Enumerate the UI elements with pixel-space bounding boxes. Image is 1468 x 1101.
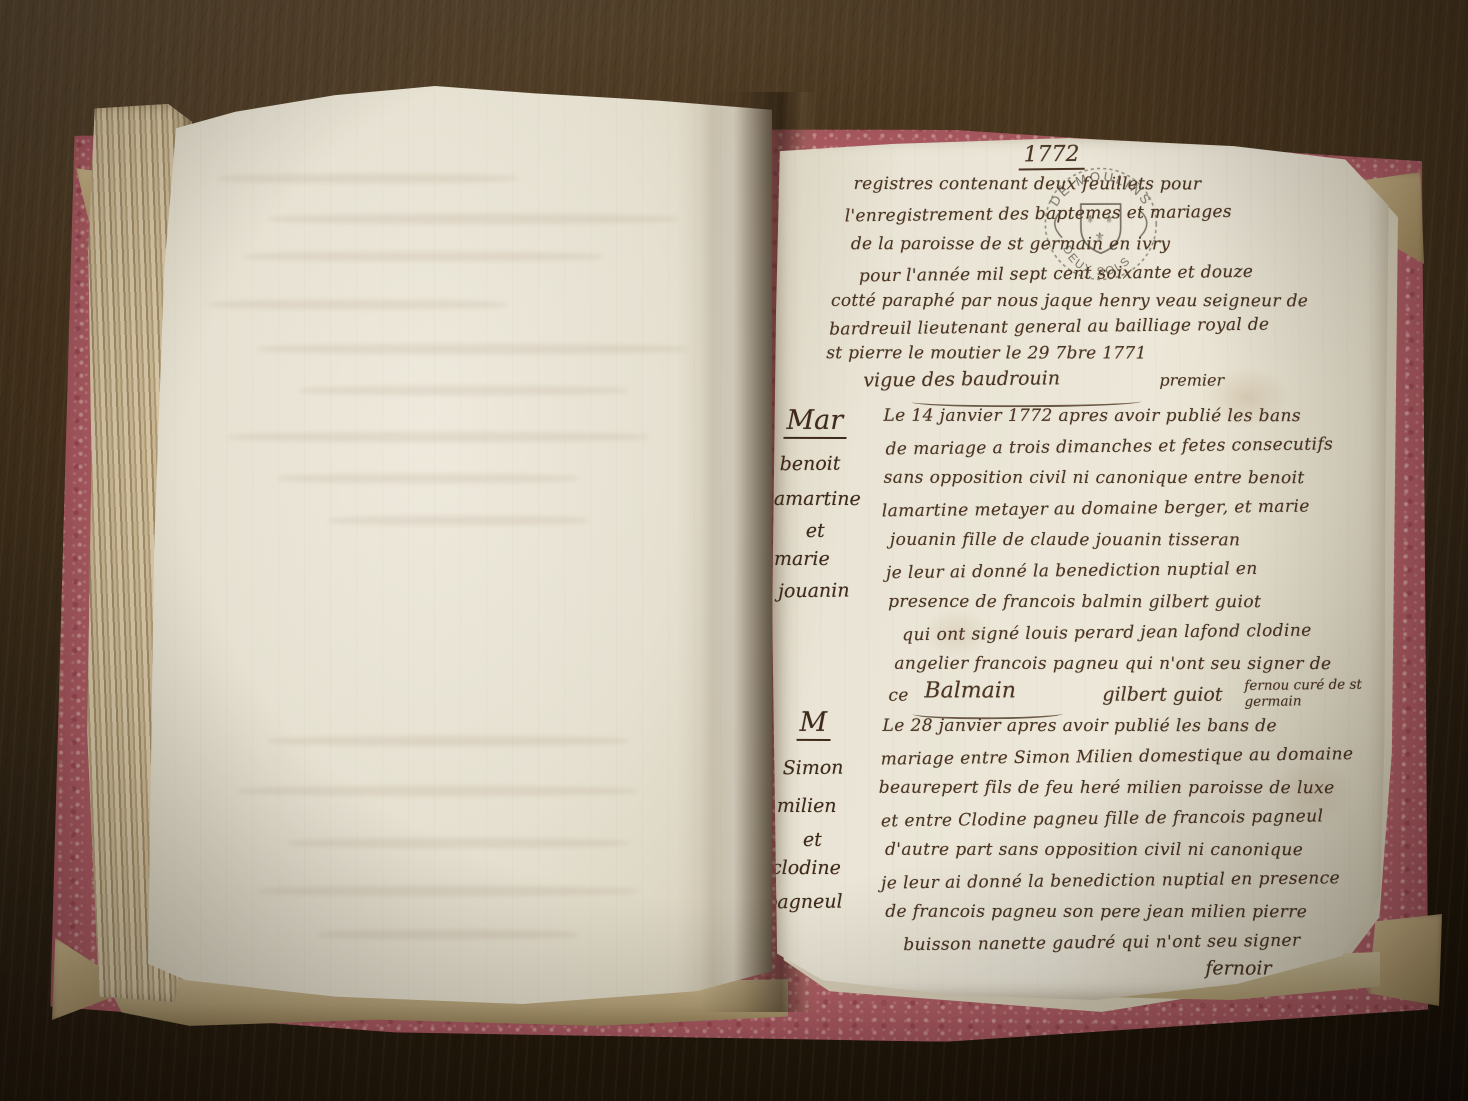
margin-note: benoit [780,453,841,476]
entry-line: de francois pagneu son pere jean milien … [885,902,1307,922]
photo-scene: DE MOULINS DEUX SOLS ⚜ ⚜ ⚜ 1772 registre… [0,0,1468,1101]
entry-line: Le 28 janvier apres avoir publié les ban… [883,716,1277,736]
margin-note: lamartine [768,488,861,510]
bleedthrough-smudge [278,474,578,483]
entry-line: beaurepert fils de feu heré milien paroi… [879,778,1335,798]
entry-line: buisson nanette gaudré qui n'ont seu sig… [903,931,1300,956]
bleedthrough-smudge [208,300,508,309]
header-line: bardreuil lieutenant general au bailliag… [829,315,1269,340]
margin-note: pagneul [765,891,843,914]
margin-note: et [806,520,825,542]
bleedthrough-smudge [258,886,638,896]
witness-signature: Balmain [924,678,1016,703]
header-line: pour l'année mil sept cent soixante et d… [859,262,1253,286]
entry-line: angelier francois pagneu qui n'ont seu s… [894,654,1331,674]
header-annotation: premier [1159,371,1224,390]
bleedthrough-smudge [268,736,628,746]
header-line: st pierre le moutier le 29 7bre 1771 [826,343,1146,363]
entry-line: ce [888,686,909,706]
entry-line: je leur ai donné la benediction nuptial … [886,559,1258,583]
margin-note: jouanin [778,580,850,603]
bleedthrough-smudge [238,786,638,796]
margin-note: milien [777,795,837,817]
header-line: cotté paraphé par nous jaque henry veau … [831,291,1308,311]
year-heading: 1772 [1018,142,1084,171]
entry-line: de mariage a trois dimanches et fetes co… [885,434,1333,459]
entry-line: qui ont signé louis perard jean lafond c… [902,621,1312,646]
entry-line: presence de francois balmin gilbert guio… [888,592,1261,612]
margin-note: Mar [783,405,846,439]
right-manuscript-page: DE MOULINS DEUX SOLS ⚜ ⚜ ⚜ 1772 registre… [770,137,1391,1001]
entry-line: mariage entre Simon Milien domestique au… [881,744,1354,769]
bleedthrough-smudge [258,344,688,354]
entry-line: lamartine metayer au domaine berger, et … [882,497,1310,522]
margin-note: clodine [771,857,841,879]
entry-line: et entre Clodine pagneu fille de francoi… [881,806,1324,831]
bleedthrough-smudge [318,930,578,939]
officiant-signature: fernou curé de st germain [1244,676,1384,710]
bleedthrough-smudge [228,432,648,442]
margin-note: marie [774,548,830,570]
bleedthrough-smudge [243,252,603,261]
witness-signature: gilbert guiot [1102,684,1222,706]
header-line: registres contenant deux feuillets pour [854,174,1202,194]
bleedthrough-smudge [288,838,628,848]
margin-note: et [803,829,822,851]
margin-note: Simon [783,757,844,780]
bleedthrough-smudge [328,516,588,525]
entry-line: je leur ai donné la benediction nuptial … [881,868,1340,893]
header-line: de la paroisse de st germain en ivry [851,234,1170,254]
entry-line: Le 14 janvier 1772 apres avoir publié le… [883,406,1301,426]
margin-note: M [797,707,831,741]
officiant-signature: fernoir [1205,957,1271,979]
entry-line: d'autre part sans opposition civil ni ca… [885,840,1303,860]
bleedthrough-smudge [268,214,678,224]
clerk-signature: vigue des baudrouin [863,367,1060,391]
header-line: l'enregistrement des baptemes et mariage… [845,202,1232,226]
entry-line: jouanin fille de claude jouanin tisseran [890,530,1240,550]
bleedthrough-smudge [298,386,628,395]
entry-line: sans opposition civil ni canonique entre… [884,468,1305,488]
left-blank-page [148,86,772,1004]
bleedthrough-smudge [218,174,518,183]
